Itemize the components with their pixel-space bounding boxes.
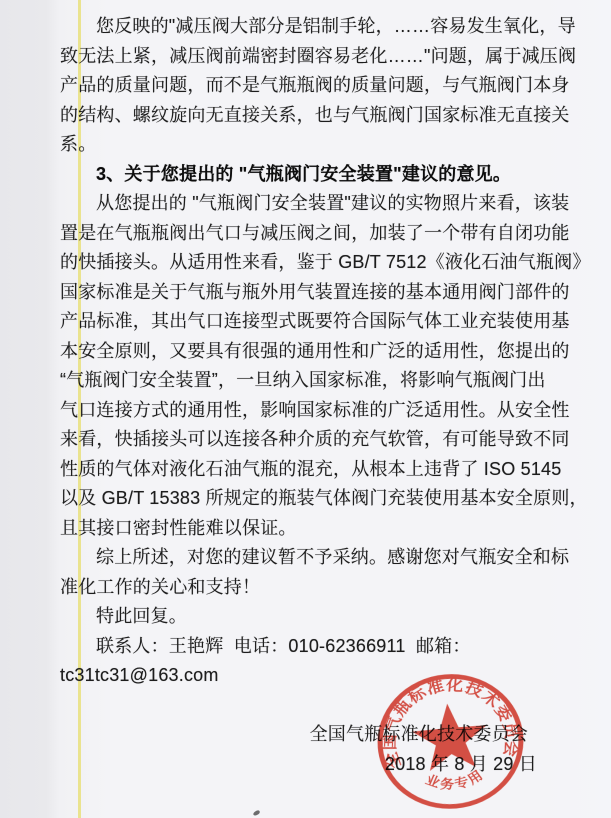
text-line: 产品的质量问题，而不是气瓶瓶阀的质量问题，与气瓶阀门本身 bbox=[60, 71, 591, 101]
text-line: 特此回复。 bbox=[60, 602, 591, 632]
text-line: 致无法上紧，减压阀前端密封圈容易老化……"问题，属于减压阀 bbox=[60, 42, 591, 72]
text-line: 产品标准，其出气口连接型式既要符合国际气体工业充装使用基 bbox=[60, 307, 591, 337]
text-line: 以及 GB/T 15383 所规定的瓶装气体阀门充装使用基本安全原则， bbox=[60, 484, 591, 514]
text-line: 国家标准是关于气瓶与瓶外用气装置连接的基本通用阀门部件的 bbox=[60, 278, 591, 308]
text-line: 性质的气体对液化石油气瓶的混充，从根本上违背了 ISO 5145 bbox=[60, 455, 591, 485]
text-line: 综上所述，对您的建议暂不予采纳。感谢您对气瓶安全和标 bbox=[60, 543, 591, 573]
text-line: 且其接口密封性能难以保证。 bbox=[60, 514, 591, 544]
contact-info-line: 联系人：王艳辉 电话：010-62366911 邮箱： bbox=[60, 632, 591, 662]
text-line: 从您提出的 "气瓶阀门安全装置"建议的实物照片来看，该装 bbox=[60, 189, 591, 219]
text-line: 本安全原则，又要具有很强的通用性和广泛的适用性，您提出的 bbox=[60, 337, 591, 367]
seal-banner-text: 业务专用 bbox=[422, 766, 488, 794]
text-line: 您反映的"减压阀大部分是铝制手轮，……容易发生氧化，导 bbox=[60, 12, 591, 42]
official-seal: 全国气瓶标准化技术委员会 业务专用 bbox=[368, 665, 533, 818]
text-line: 准化工作的关心和支持！ bbox=[60, 573, 591, 603]
text-line: 来看，快插接头可以连接各种介质的充气软管，有可能导致不同 bbox=[60, 425, 591, 455]
text-line: 的结构、螺纹旋向无直接关系，也与气瓶阀门国家标准无直接关 bbox=[60, 101, 591, 131]
text-line: “气瓶阀门安全装置”，一旦纳入国家标准，将影响气瓶阀门出 bbox=[60, 366, 591, 396]
text-line: 系。 bbox=[60, 130, 591, 160]
ink-speck bbox=[252, 810, 260, 817]
text-line: 的快插接头。从适用性来看，鉴于 GB/T 7512《液化石油气瓶阀》 bbox=[60, 248, 591, 278]
svg-text:业务专用: 业务专用 bbox=[422, 766, 488, 794]
text-line: 置是在气瓶瓶阀出气口与减压阀之间，加装了一个带有自闭功能 bbox=[60, 219, 591, 249]
scanned-document-page: 您反映的"减压阀大部分是铝制手轮，……容易发生氧化，导 致无法上紧，减压阀前端密… bbox=[0, 0, 611, 818]
star-icon bbox=[410, 700, 490, 772]
section-3-heading: 3、关于您提出的 "气瓶阀门安全装置"建议的意见。 bbox=[60, 160, 591, 190]
letter-body: 您反映的"减压阀大部分是铝制手轮，……容易发生氧化，导 致无法上紧，减压阀前端密… bbox=[60, 12, 591, 779]
text-line: 气口连接方式的通用性，影响国家标准的广泛适用性。从安全性 bbox=[60, 396, 591, 426]
